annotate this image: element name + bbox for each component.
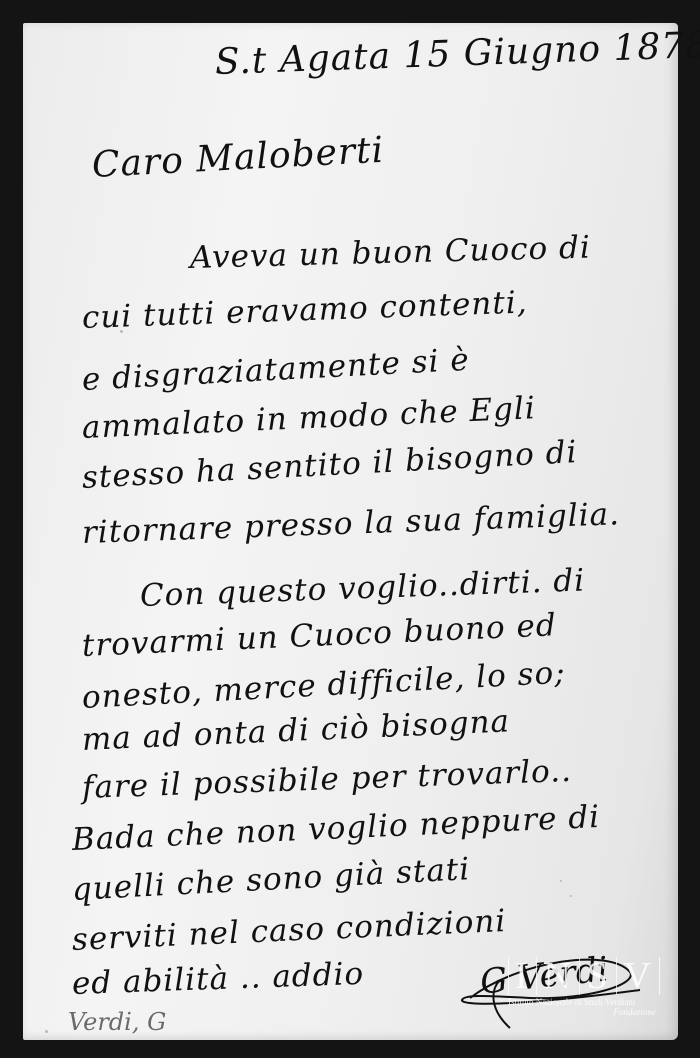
paper-speck (570, 895, 572, 897)
archival-pencil-note: Verdi, G (68, 1008, 166, 1036)
paper-speck (120, 330, 123, 333)
signature: G Verdi (460, 950, 650, 1030)
scan-frame: S.t Agata 15 Giugno 1878 Caro Maloberti … (0, 0, 700, 1058)
paper-speck (45, 1030, 48, 1033)
paper-speck (560, 880, 562, 882)
